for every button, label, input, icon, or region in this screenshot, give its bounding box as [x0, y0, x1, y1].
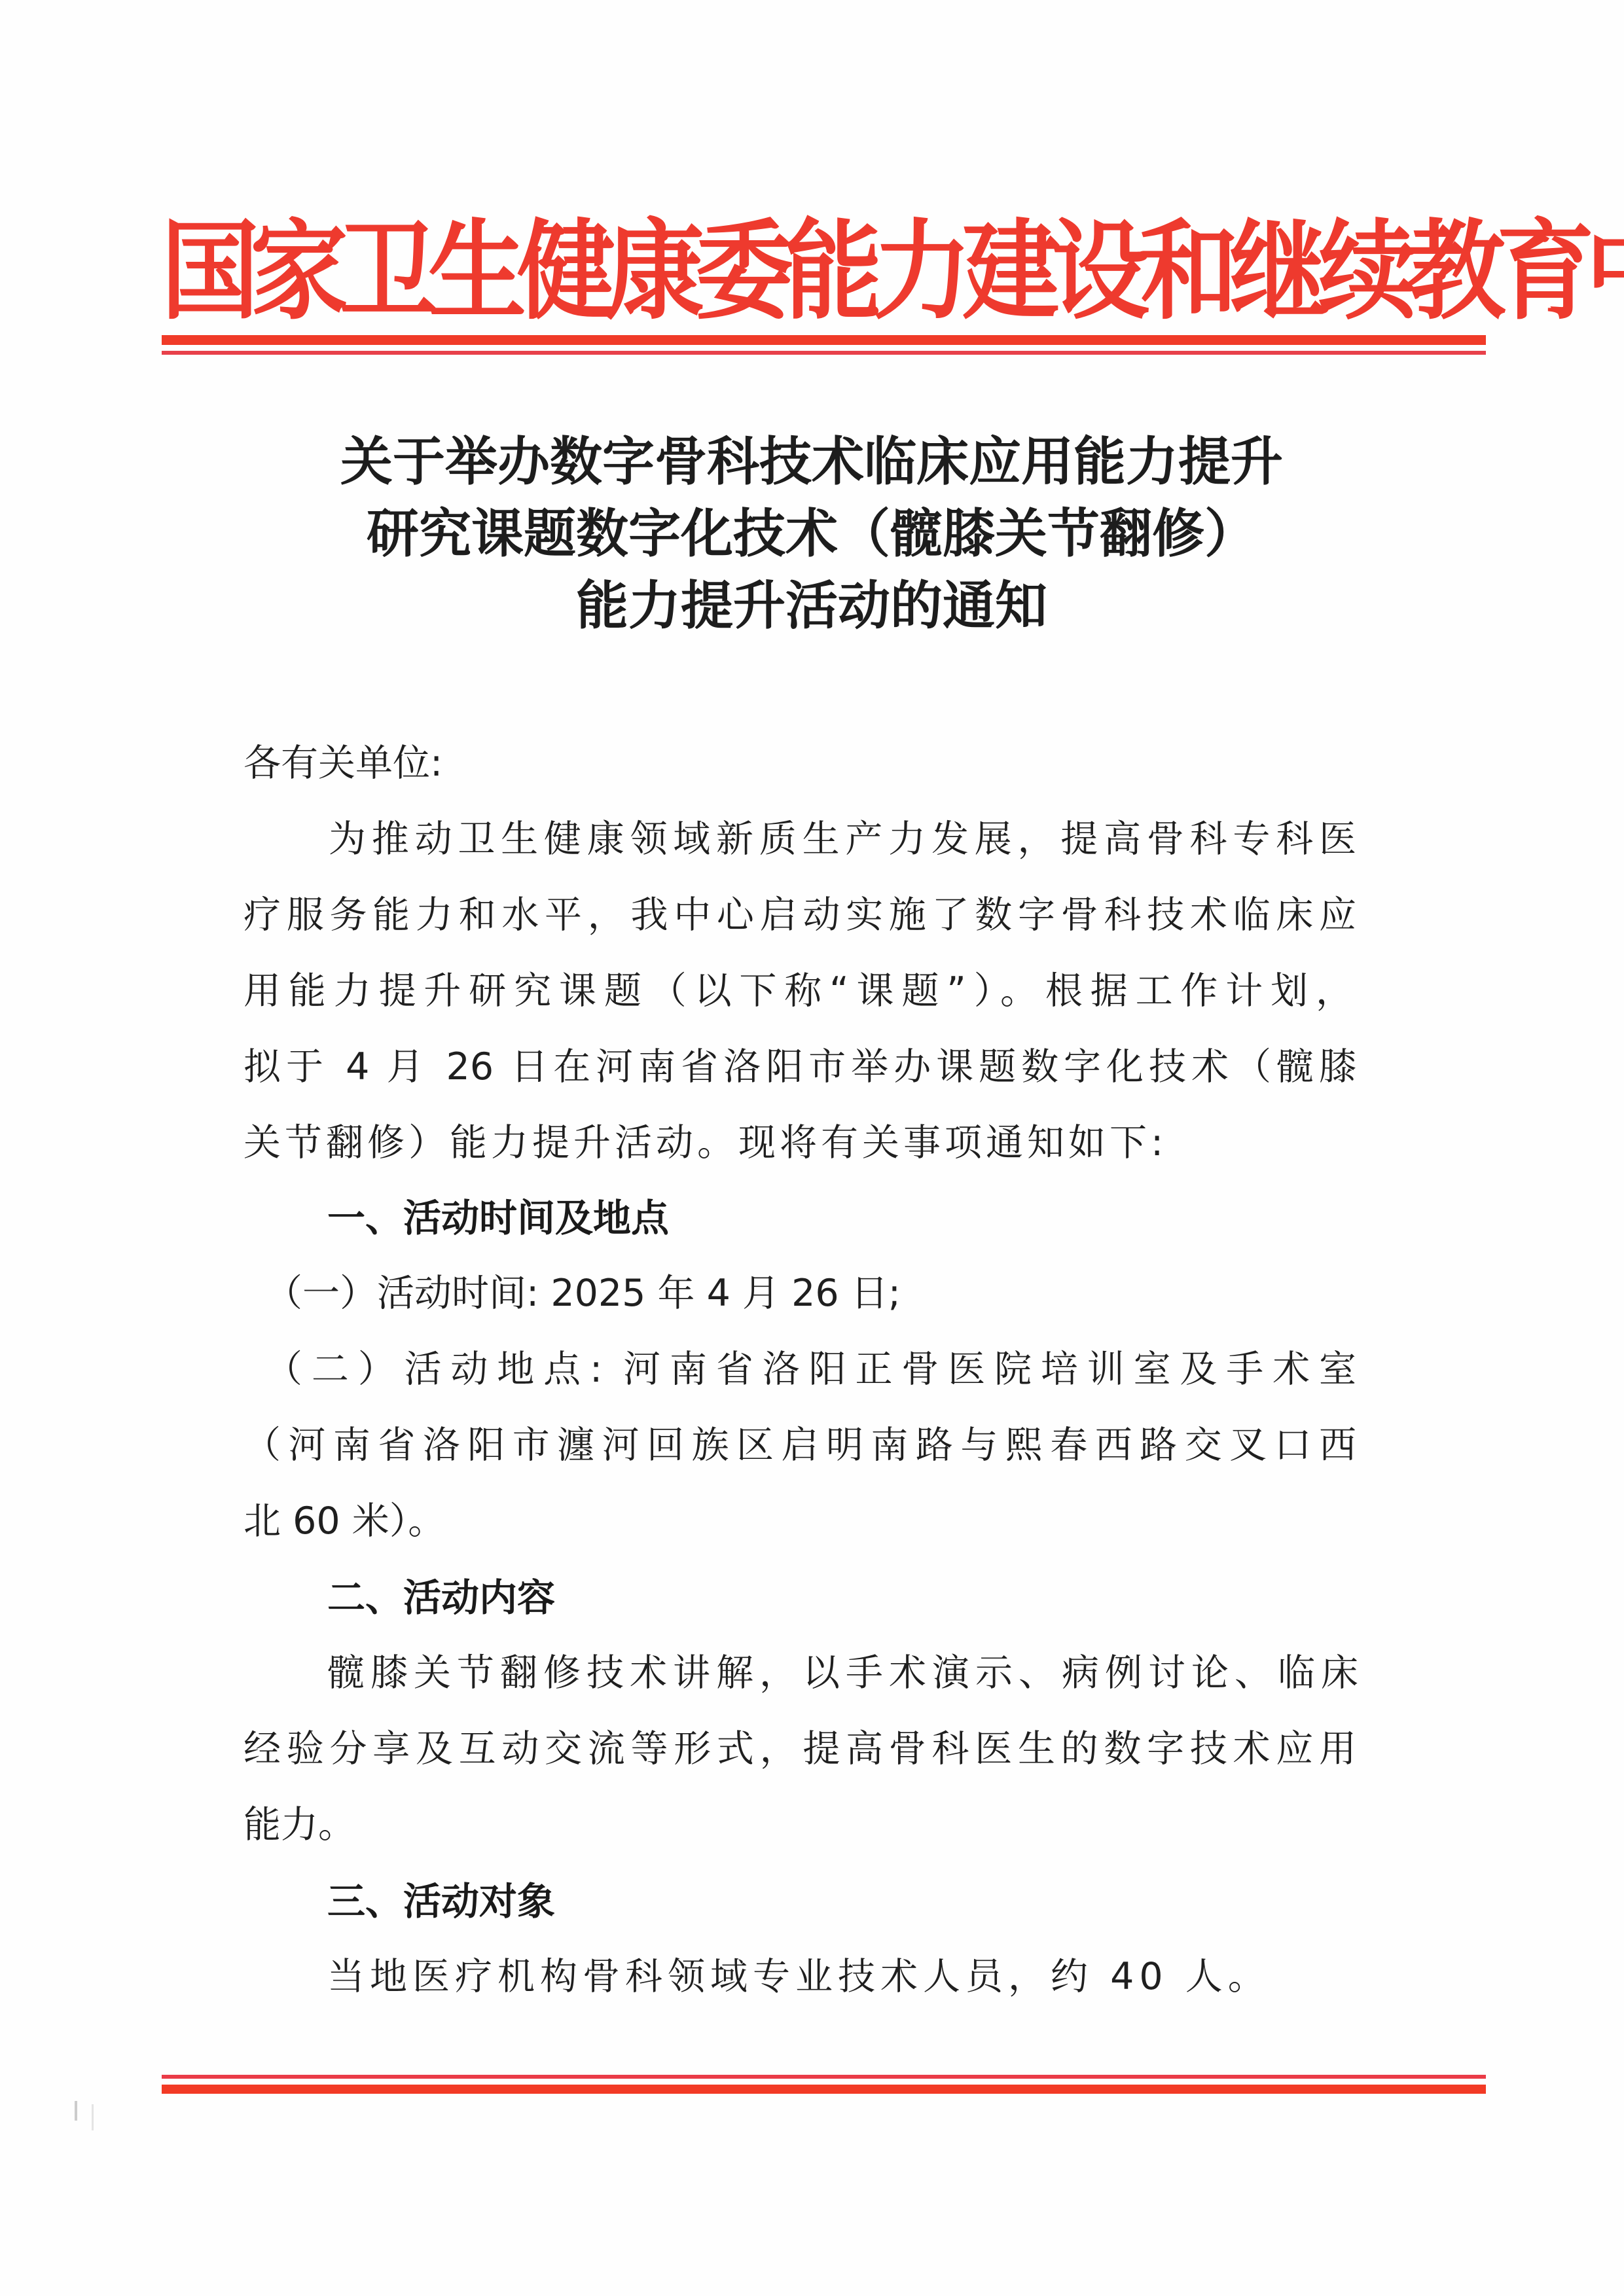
activity-location: （二）活动地点: 河南省洛阳正骨医院培训室及手术室: [265, 1339, 1356, 1393]
footer-thin-rule: [162, 2075, 1486, 2079]
title-line: 能力提升活动的通知: [236, 569, 1388, 641]
section-heading-audience: 三、活动对象: [327, 1871, 555, 1926]
organization-letterhead: 国家卫生健康委能力建设和继续教育中心: [161, 203, 1483, 340]
paragraph-line: 当地医疗机构骨科领域专业技术人员，约 40 人。: [327, 1946, 1271, 2000]
paragraph-line: 疗服务能力和水平，我中心启动实施了数字骨科技术临床应: [244, 885, 1356, 939]
document-title: 关于举办数字骨科技术临床应用能力提升 研究课题数字化技术（髋膝关节翻修） 能力提…: [236, 425, 1388, 641]
letterhead-thin-rule: [162, 351, 1486, 355]
paragraph-line: 为推动卫生健康领域新质生产力发展，提高骨科专科医: [329, 809, 1356, 863]
section-heading-time-place: 一、活动时间及地点: [327, 1187, 669, 1242]
salutation: 各有关单位:: [244, 733, 442, 787]
footer-thick-rule: [162, 2085, 1486, 2094]
document-page: 国家卫生健康委能力建设和继续教育中心 关于举办数字骨科技术临床应用能力提升 研究…: [0, 0, 1624, 2296]
paragraph-line: 能力。: [244, 1795, 355, 1848]
letterhead-thick-rule: [162, 335, 1486, 345]
activity-address-cont: 北 60 米）。: [244, 1491, 445, 1545]
activity-address: （河南省洛阳市瀍河回族区启明南路与熙春西路交叉口西: [244, 1415, 1356, 1469]
title-line: 关于举办数字骨科技术临床应用能力提升: [236, 425, 1388, 497]
scan-artifact: [75, 2101, 77, 2121]
paragraph-line: 用能力提升研究课题（以下称“课题”）。根据工作计划，: [244, 961, 1353, 1014]
activity-time: （一）活动时间: 2025 年 4 月 26 日;: [265, 1263, 901, 1317]
paragraph-line: 拟于 4 月 26 日在河南省洛阳市举办课题数字化技术（髋膝: [244, 1037, 1356, 1090]
scan-artifact: [92, 2104, 94, 2130]
section-heading-content: 二、活动内容: [327, 1567, 555, 1622]
paragraph-line: 髋膝关节翻修技术讲解，以手术演示、病例讨论、临床: [327, 1643, 1358, 1696]
paragraph-line: 经验分享及互动交流等形式，提高骨科医生的数字技术应用: [244, 1719, 1356, 1772]
title-line: 研究课题数字化技术（髋膝关节翻修）: [236, 497, 1388, 569]
paragraph-line: 关节翻修）能力提升活动。现将有关事项通知如下:: [244, 1113, 1167, 1166]
